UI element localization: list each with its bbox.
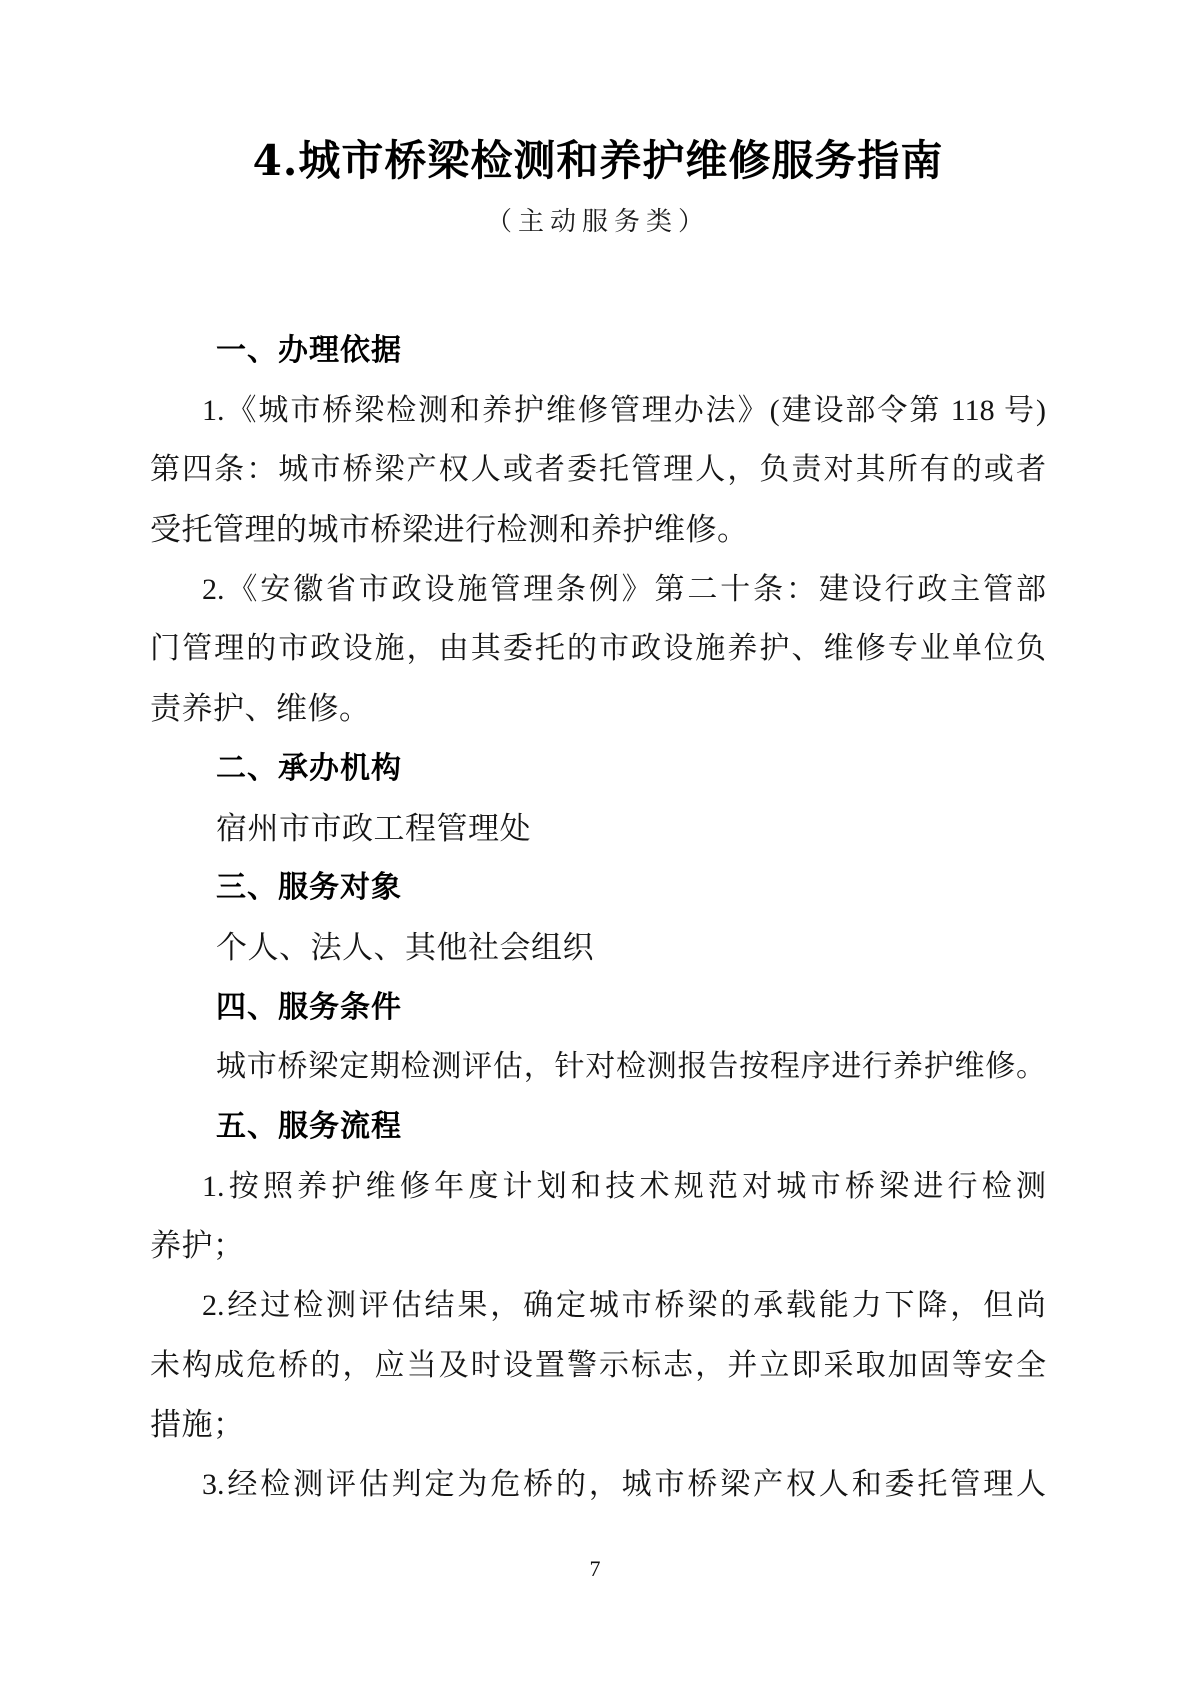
body-line: 宿州市市政工程管理处 (150, 799, 1046, 859)
body-line: 3.经检测评估判定为危桥的，城市桥梁产权人和委托管理人 (150, 1455, 1046, 1515)
body-line: 2.《安徽省市政设施管理条例》第二十条：建设行政主管部 (150, 560, 1046, 620)
body-line: 城市桥梁定期检测评估，针对检测报告按程序进行养护维修。 (150, 1037, 1046, 1097)
page-subtitle: （主动服务类） (150, 204, 1046, 240)
section-heading-4: 四、服务条件 (150, 978, 1046, 1038)
section-heading-2: 二、承办机构 (150, 739, 1046, 799)
document-body: 一、办理依据 1.《城市桥梁检测和养护维修管理办法》(建设部令第 118 号) … (150, 321, 1046, 1515)
body-line: 措施； (150, 1395, 1046, 1455)
document-page: 4.城市桥梁检测和养护维修服务指南 （主动服务类） 一、办理依据 1.《城市桥梁… (0, 0, 1190, 1683)
section-heading-5: 五、服务流程 (150, 1097, 1046, 1157)
body-line: 未构成危桥的，应当及时设置警示标志，并立即采取加固等安全 (150, 1336, 1046, 1396)
body-line: 第四条：城市桥梁产权人或者委托管理人，负责对其所有的或者 (150, 440, 1046, 500)
body-line: 门管理的市政设施，由其委托的市政设施养护、维修专业单位负 (150, 619, 1046, 679)
body-line: 1.《城市桥梁检测和养护维修管理办法》(建设部令第 118 号) (150, 381, 1046, 441)
body-line: 1.按照养护维修年度计划和技术规范对城市桥梁进行检测 (150, 1157, 1046, 1217)
section-heading-3: 三、服务对象 (150, 858, 1046, 918)
body-line: 2.经过检测评估结果，确定城市桥梁的承载能力下降，但尚 (150, 1276, 1046, 1336)
body-line: 受托管理的城市桥梁进行检测和养护维修。 (150, 500, 1046, 560)
body-line: 责养护、维修。 (150, 679, 1046, 739)
body-line: 个人、法人、其他社会组织 (150, 918, 1046, 978)
page-number: 7 (0, 1554, 1190, 1585)
body-line: 养护； (150, 1216, 1046, 1276)
page-title: 4.城市桥梁检测和养护维修服务指南 (150, 136, 1046, 186)
section-heading-1: 一、办理依据 (150, 321, 1046, 381)
